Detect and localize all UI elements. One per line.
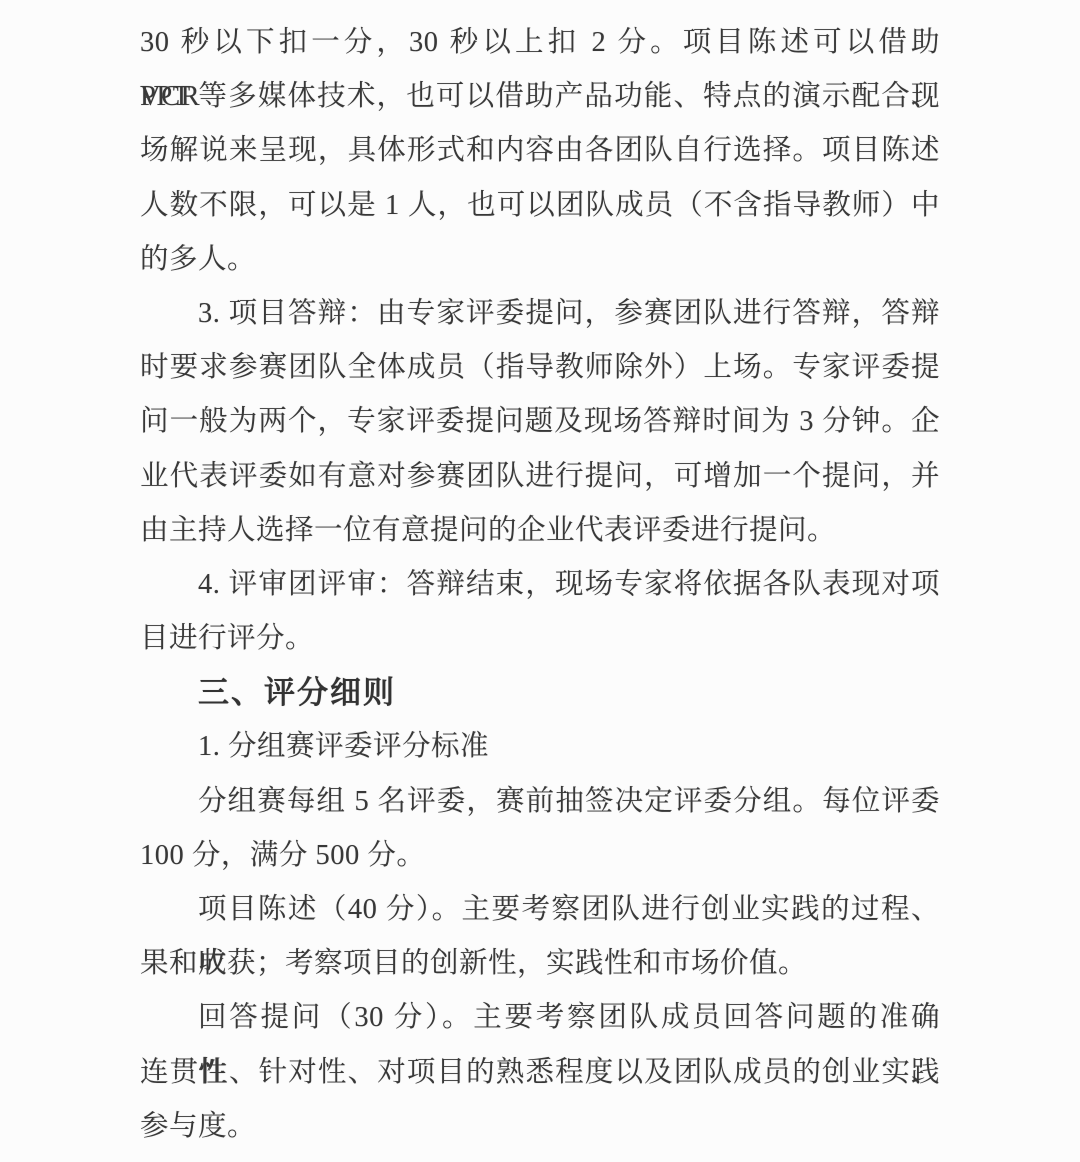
text-line: 连贯性、针对性、对项目的熟悉程度以及团队成员的创业实践 [140,1046,940,1100]
paragraph-presentation-rules-continued: 30 秒以下扣一分，30 秒以上扣 2 分。项目陈述可以借助 VCR、PPT 等… [140,16,940,287]
text-line: 100 分，满分 500 分。 [140,829,940,883]
text-line: 1. 分组赛评委评分标准 [140,720,940,774]
text-line: 问一般为两个，专家评委提问题及现场答辩时间为 3 分钟。企 [140,395,940,449]
text-line: 分组赛每组 5 名评委，赛前抽签决定评委分组。每位评委 [140,775,940,829]
paragraph-jury-review: 4. 评审团评审：答辩结束，现场专家将依据各队表现对项目进行评分。 [140,558,940,666]
paragraph-qa-score: 回答提问（30 分）。主要考察团队成员回答问题的准确性、连贯性、针对性、对项目的… [140,991,940,1154]
text-line: 场解说来呈现，具体形式和内容由各团队自行选择。项目陈述 [140,124,940,178]
paragraph-presentation-score: 项目陈述（40 分）。主要考察团队进行创业实践的过程、成果和收获；考察项目的创新… [140,883,940,991]
text-line: 的多人。 [140,233,940,287]
document-page: 30 秒以下扣一分，30 秒以上扣 2 分。项目陈述可以借助 VCR、PPT 等… [0,0,1080,1162]
paragraph-group-judge-standard-title: 1. 分组赛评委评分标准 [140,720,940,774]
paragraph-group-judge-detail: 分组赛每组 5 名评委，赛前抽签决定评委分组。每位评委100 分，满分 500 … [140,775,940,883]
text-line: 业代表评委如有意对参赛团队进行提问，可增加一个提问，并 [140,450,940,504]
text-line: 果和收获；考察项目的创新性，实践性和市场价值。 [140,937,940,991]
heading-scoring-rules: 三、评分细则 [140,666,940,720]
text-line: 30 秒以下扣一分，30 秒以上扣 2 分。项目陈述可以借助 VCR、 [140,16,940,70]
text-line: 回答提问（30 分）。主要考察团队成员回答问题的准确性、 [140,991,940,1045]
text-line: 人数不限，可以是 1 人，也可以团队成员（不含指导教师）中 [140,179,940,233]
text-line: 时要求参赛团队全体成员（指导教师除外）上场。专家评委提 [140,341,940,395]
text-line: 目进行评分。 [140,612,940,666]
text-line: PPT 等多媒体技术，也可以借助产品功能、特点的演示配合现 [140,70,940,124]
paragraph-project-defense: 3. 项目答辩：由专家评委提问，参赛团队进行答辩，答辩时要求参赛团队全体成员（指… [140,287,940,558]
text-line: 由主持人选择一位有意提问的企业代表评委进行提问。 [140,504,940,558]
text-line: 参与度。 [140,1100,940,1154]
section-heading-text: 三、评分细则 [140,666,940,720]
text-line: 4. 评审团评审：答辩结束，现场专家将依据各队表现对项 [140,558,940,612]
text-line: 3. 项目答辩：由专家评委提问，参赛团队进行答辩，答辩 [140,287,940,341]
text-line: 项目陈述（40 分）。主要考察团队进行创业实践的过程、成 [140,883,940,937]
